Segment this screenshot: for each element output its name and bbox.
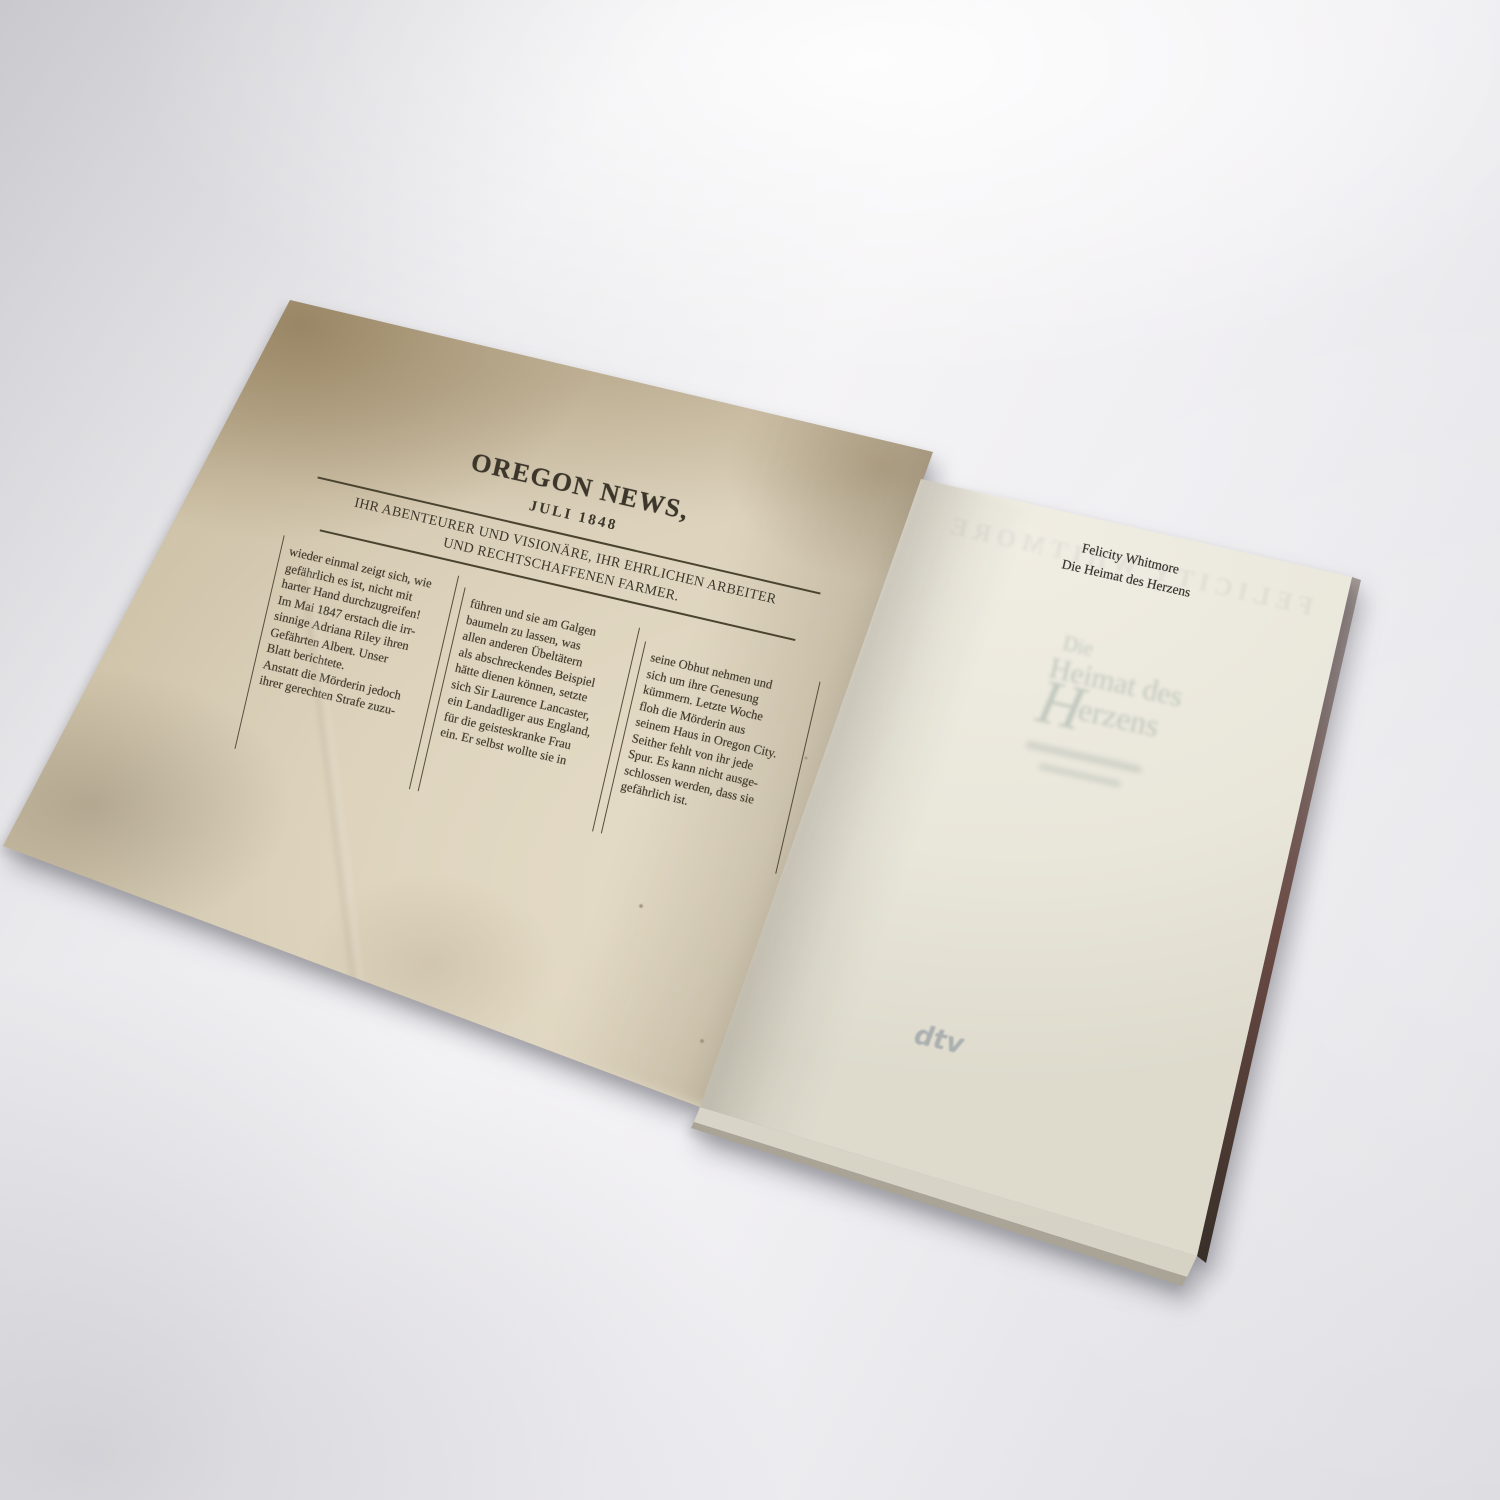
newspaper-column-2: führen und sie am Galgen baumeln zu lass… [418, 587, 640, 831]
ghost-illegible-line-2 [1038, 763, 1121, 787]
publisher-logo-showthrough: dtv [909, 1020, 969, 1060]
newspaper-column-1: wieder einmal zeigt sich, wie gefährlich… [235, 535, 460, 788]
photo-background: OREGON NEWS, JULI 1848 IHR ABENTEURER UN… [0, 0, 1500, 1500]
open-book: OREGON NEWS, JULI 1848 IHR ABENTEURER UN… [0, 0, 1500, 1500]
